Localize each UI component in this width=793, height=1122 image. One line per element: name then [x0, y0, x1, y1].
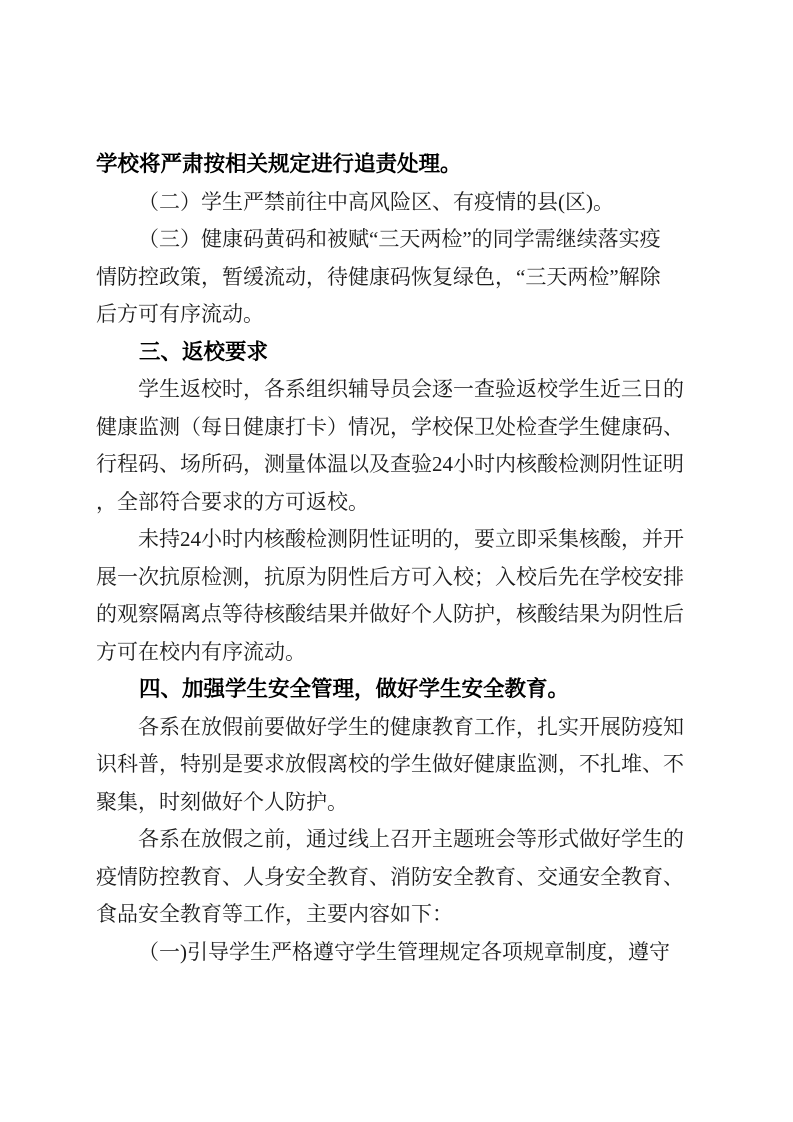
document-page: 学校将严肃按相关规定进行追责处理。（二）学生严禁前往中高风险区、有疫情的县(区)…	[0, 0, 793, 1122]
text-line-12: 的观察隔离点等待核酸结果并做好个人防护，核酸结果为阴性后	[96, 596, 697, 634]
document-text-block: 学校将严肃按相关规定进行追责处理。（二）学生严禁前往中高风险区、有疫情的县(区)…	[96, 146, 697, 971]
text-line-20: 食品安全教育等工作，主要内容如下：	[96, 896, 697, 934]
text-line-21: （一)引导学生严格遵守学生管理规定各项规章制度，遵守	[96, 934, 697, 972]
text-line-19: 疫情防控教育、人身安全教育、消防安全教育、交通安全教育、	[96, 859, 697, 897]
text-line-16: 识科普，特别是要求放假离校的学生做好健康监测，不扎堆、不	[96, 746, 697, 784]
text-line-6: 学生返校时，各系组织辅导员会逐一查验返校学生近三日的	[96, 371, 697, 409]
text-line-17: 聚集，时刻做好个人防护。	[96, 784, 697, 822]
text-line-13: 方可在校内有序流动。	[96, 634, 697, 672]
text-line-1: （二）学生严禁前往中高风险区、有疫情的县(区)。	[96, 184, 697, 222]
heading-line-5: 三、返校要求	[96, 334, 697, 372]
heading-line-14: 四、加强学生安全管理，做好学生安全教育。	[96, 671, 697, 709]
text-line-2: （三）健康码黄码和被赋“三天两检”的同学需继续落实疫	[96, 221, 697, 259]
text-line-10: 未持24小时内核酸检测阴性证明的，要立即采集核酸，并开	[96, 521, 697, 559]
text-line-3: 情防控政策，暂缓流动，待健康码恢复绿色，“三天两检”解除	[96, 259, 697, 297]
text-line-9: ，全部符合要求的方可返校。	[96, 484, 697, 522]
text-line-4: 后方可有序流动。	[96, 296, 697, 334]
text-line-18: 各系在放假之前，通过线上召开主题班会等形式做好学生的	[96, 821, 697, 859]
heading-line-0: 学校将严肃按相关规定进行追责处理。	[96, 146, 697, 184]
text-line-15: 各系在放假前要做好学生的健康教育工作，扎实开展防疫知	[96, 709, 697, 747]
text-line-7: 健康监测（每日健康打卡）情况，学校保卫处检查学生健康码、	[96, 409, 697, 447]
text-line-8: 行程码、场所码，测量体温以及查验24小时内核酸检测阴性证明	[96, 446, 697, 484]
text-line-11: 展一次抗原检测，抗原为阴性后方可入校；入校后先在学校安排	[96, 559, 697, 597]
